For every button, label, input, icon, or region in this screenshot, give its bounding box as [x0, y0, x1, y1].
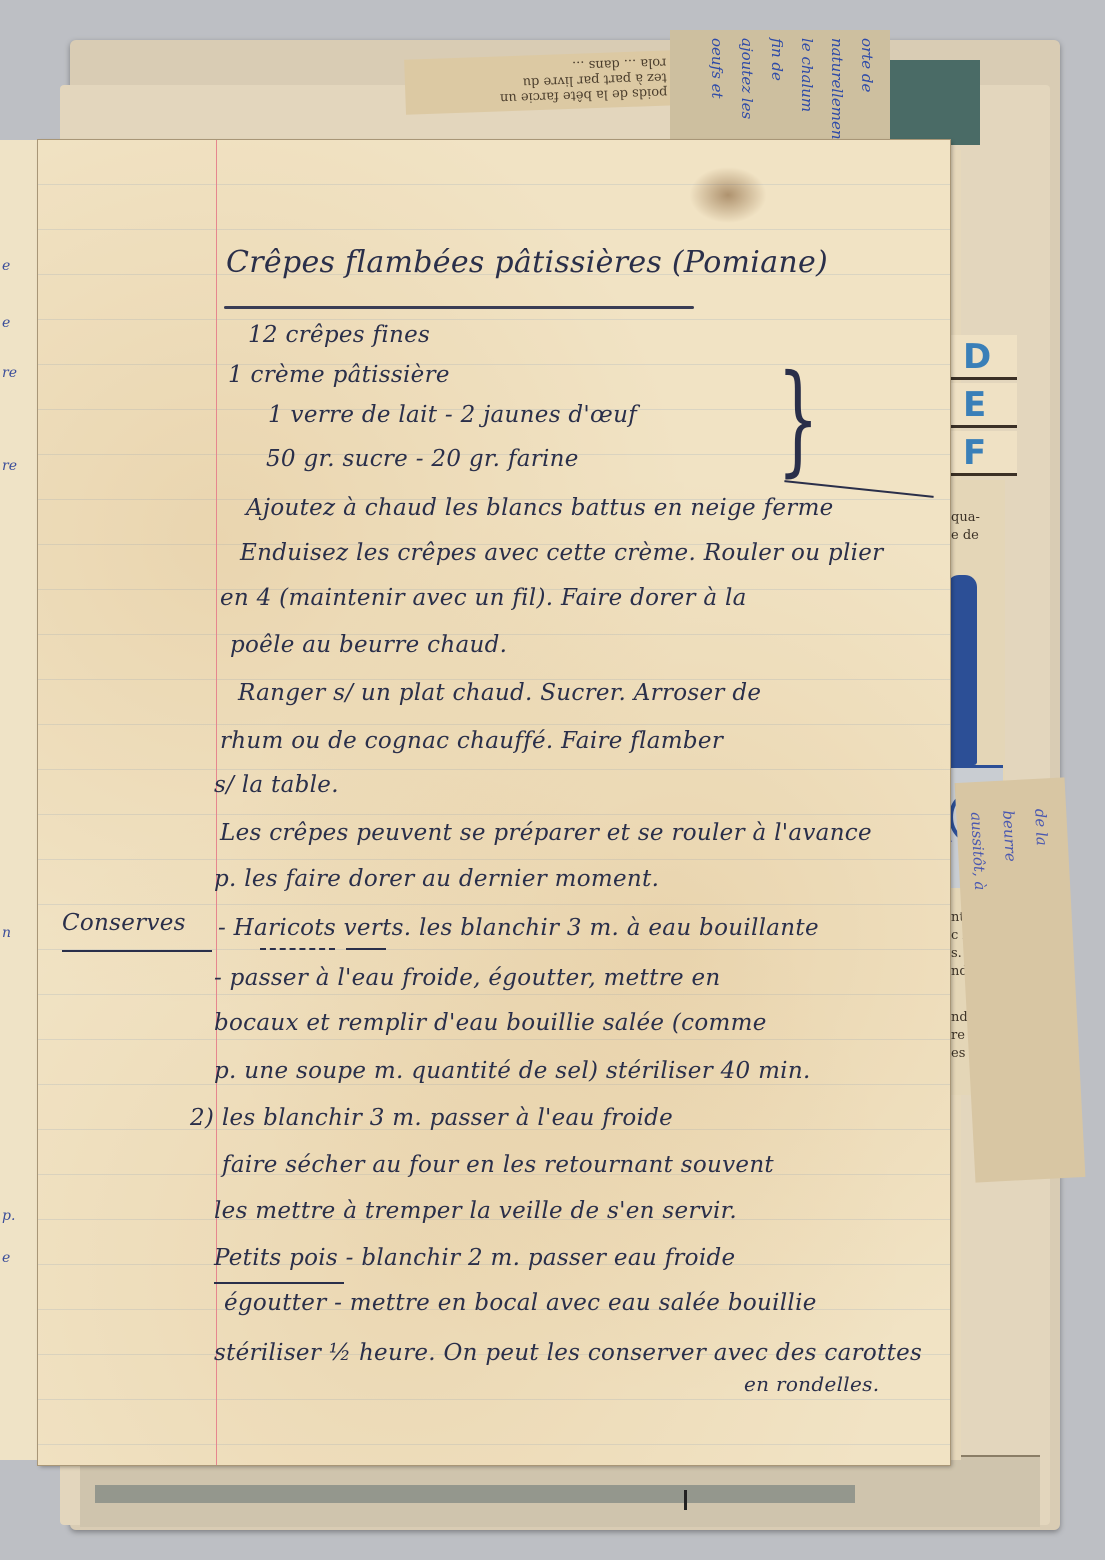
- section-heading-conserves: Conserves: [62, 910, 186, 936]
- petits-pois-line: Petits pois - blanchir 2 m. passer eau f…: [214, 1245, 735, 1271]
- note-line: aussitôt, à: [967, 812, 989, 891]
- left-page-fragment: e: [2, 1250, 10, 1266]
- haricots-line: les mettre à tremper la veille de s'en s…: [214, 1198, 737, 1224]
- haricots-line: - passer à l'eau froide, égoutter, mettr…: [214, 965, 721, 991]
- index-tab-d[interactable]: D: [945, 335, 1017, 380]
- recipe-line: p. les faire dorer au dernier moment.: [214, 866, 659, 892]
- ingredient-line: 1 verre de lait - 2 jaunes d'œuf: [268, 402, 637, 428]
- note-line: le chalum: [798, 38, 816, 112]
- recipe-line: poêle au beurre chaud.: [230, 632, 507, 658]
- left-page-fragment: e: [2, 315, 10, 331]
- recipe-line: Ajoutez à chaud les blancs battus en nei…: [246, 495, 834, 521]
- note-line: naturellement: [828, 38, 846, 146]
- recipe-line: s/ la table.: [214, 772, 339, 798]
- left-page-fragment: e: [2, 258, 10, 274]
- recipe-title: Crêpes flambées pâtissières (Pomiane): [226, 245, 828, 280]
- petits-pois-line: en rondelles.: [744, 1372, 879, 1396]
- petits-pois-line: égoutter - mettre en bocal avec eau salé…: [224, 1290, 817, 1316]
- note-line: ajoutez les oeufs et: [708, 38, 756, 119]
- haricots-underline: [260, 948, 335, 950]
- handwritten-note-top: orte de naturellement le chalum fin de a…: [670, 30, 890, 148]
- haricots-line: - Haricots verts. les blanchir 3 m. à ea…: [218, 915, 819, 941]
- handwritten-note-right: de la beurre aussitôt, à tenir: [955, 777, 1086, 1182]
- note-line: de la: [1031, 808, 1051, 846]
- ingredient-line: 50 gr. sucre - 20 gr. farine: [266, 446, 579, 472]
- note-line: beurre: [999, 810, 1020, 862]
- index-tab-e[interactable]: E: [945, 383, 1017, 428]
- ingredient-line: 12 crêpes fines: [248, 322, 430, 348]
- index-tab-f[interactable]: F: [945, 431, 1017, 476]
- petits-pois-line: stériliser ½ heure. On peut les conserve…: [214, 1340, 922, 1366]
- note-line: orte de: [858, 38, 876, 92]
- note-line: fin de: [768, 38, 786, 81]
- recipe-line: en 4 (maintenir avec un fil). Faire dore…: [220, 585, 747, 611]
- left-page-fragment: n: [2, 925, 11, 941]
- clipping-line: e de: [951, 528, 979, 544]
- ingredient-line: 1 crème pâtissière: [228, 362, 450, 388]
- pen-mark: [684, 1490, 687, 1510]
- haricots-line: faire sécher au four en les retournant s…: [222, 1152, 774, 1178]
- index-tabs: D E F: [945, 335, 1020, 480]
- left-page-fragment: re: [2, 458, 17, 474]
- recipe-line: Ranger s/ un plat chaud. Sucrer. Arroser…: [238, 680, 761, 706]
- left-page-fragment: p.: [2, 1208, 15, 1224]
- clipping-line: qua-: [951, 510, 980, 526]
- recipe-line: Les crêpes peuvent se préparer et se rou…: [220, 820, 872, 846]
- heading-underline: [62, 950, 212, 952]
- haricots-line: 2) les blanchir 3 m. passer à l'eau froi…: [190, 1105, 673, 1131]
- verts-underline: [346, 948, 386, 950]
- top-green-strip: [880, 60, 980, 145]
- newspaper-clipping-top: rola ... dans ... tez à part par livre d…: [404, 50, 676, 114]
- notebook-page: Crêpes flambées pâtissières (Pomiane) 12…: [38, 140, 950, 1465]
- haricots-line: p. une soupe m. quantité de sel) stérili…: [214, 1058, 811, 1084]
- recipe-line: rhum ou de cognac chauffé. Faire flamber: [220, 728, 723, 754]
- left-page-fragment: re: [2, 365, 17, 381]
- recipe-line: Enduisez les crêpes avec cette crème. Ro…: [240, 540, 883, 566]
- bottle-illustration: [947, 575, 977, 765]
- petits-pois-underline: [214, 1282, 344, 1284]
- curly-brace: }: [777, 360, 819, 480]
- title-underline: [224, 306, 694, 309]
- bottom-dark-sheet: [95, 1485, 855, 1503]
- haricots-line: bocaux et remplir d'eau bouillie salée (…: [214, 1010, 767, 1036]
- clipping-line: s.: [951, 946, 962, 962]
- left-facing-page-edge: e e re re n p. e: [0, 140, 43, 1460]
